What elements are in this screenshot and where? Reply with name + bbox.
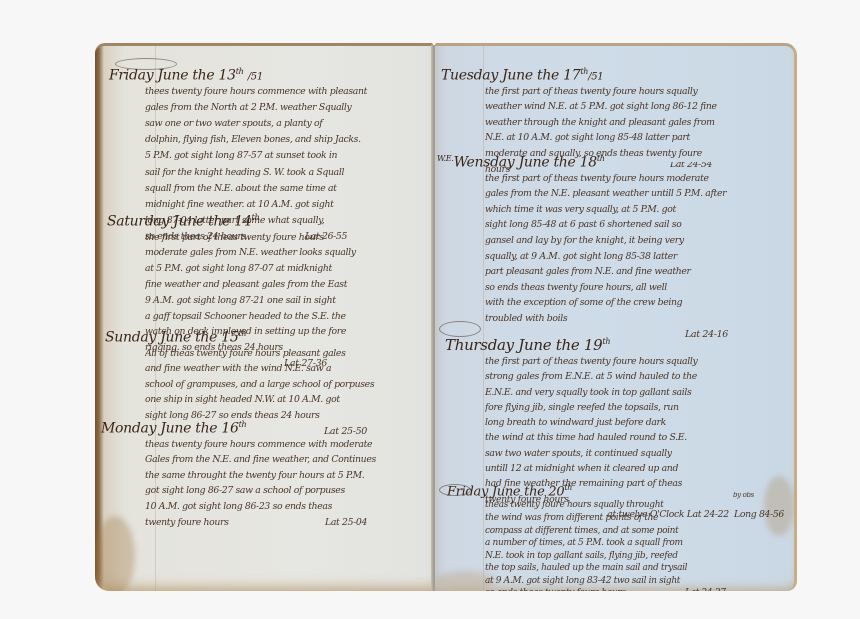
date-suffix: th (602, 337, 610, 346)
entry-date: June the 15 (160, 330, 238, 346)
entry-line: with the exception of some of the crew b… (485, 295, 788, 311)
entry-body: theas twenty foure hours commence with m… (145, 437, 427, 531)
entry-line: gales from the North at 2 P.M. weather S… (145, 100, 427, 116)
date-suffix: th (564, 483, 572, 492)
entry-line: part pleasant gales from N.E. and fine w… (485, 264, 788, 280)
entry-body: the first part of theas twenty foure hou… (485, 171, 788, 343)
entry-heading: Sunday June the 15th (95, 329, 433, 346)
log-entry-friday-20: Friday June the 20th theas twenty foure … (435, 483, 794, 591)
open-logbook: Friday June the 13th /51 thees twenty fo… (95, 43, 800, 593)
entry-day: Thursday (445, 336, 514, 354)
entry-date: June the 14 (173, 214, 251, 230)
entry-heading: Saturday June the 14th (95, 213, 433, 230)
entry-heading: W.E.Wensday June the 18th (435, 154, 794, 171)
entry-line: saw two water spouts, it continued squal… (485, 446, 788, 461)
entry-line: school of grampuses, and a large school … (145, 377, 427, 393)
entry-date: June the 18 (519, 155, 597, 171)
entry-line: the first part of theas twenty foure hou… (485, 84, 788, 100)
entry-line: saw one or two water spouts, a planty of (145, 116, 427, 132)
entry-line: long breath to windward just before dark (485, 415, 788, 430)
entry-line: fine weather and pleasant gales from the… (145, 277, 427, 293)
entry-day: Friday (109, 68, 153, 84)
entry-day: Wensday (454, 155, 515, 171)
entry-line: the wind at this time had hauled round t… (485, 430, 788, 445)
entry-line: gansel and lay by for the knight, it bei… (485, 233, 788, 249)
date-suffix: th (597, 154, 605, 163)
entry-line: squall from the N.E. about the same time… (145, 181, 427, 197)
entry-line: E.N.E. and very squally took in top gall… (485, 385, 788, 400)
entry-day: Friday (447, 484, 488, 499)
latitude-note: Lat 24-27 (685, 587, 726, 591)
entry-line: untill 12 at midnight when it cleared up… (485, 461, 788, 476)
entry-heading: Tuesday June the 17th/51 (435, 67, 794, 84)
entry-line: the first part of theas twenty foure hou… (485, 171, 788, 187)
entry-line: theas twenty foure hours squally through… (485, 499, 788, 512)
date-suffix: th (238, 329, 246, 338)
log-entry-wednesday-18: W.E.Wensday June the 18th the first part… (435, 154, 794, 342)
entry-day: Sunday (105, 330, 156, 346)
entry-line: gales from the N.E. pleasant weather unt… (485, 186, 788, 202)
entry-line-last: so ends theas twenty foure hoursLat 24-2… (485, 587, 788, 591)
entry-line: weather through the knight and pleasant … (485, 115, 788, 131)
entry-line: midnight fine weather. at 10 A.M. got si… (145, 197, 427, 213)
entry-line: one ship in sight headed N.W. at 10 A.M.… (145, 392, 427, 408)
entry-line: the first part of theas twenty foure hou… (485, 354, 788, 369)
date-suffix: th (236, 67, 244, 76)
entry-date: June the 13 (157, 68, 235, 84)
entry-line: Gales from the N.E. and fine weather, an… (145, 452, 427, 468)
entry-line: sight long 85-48 at 6 past 6 shortened s… (485, 217, 788, 233)
entry-body: theas twenty foure hours squally through… (485, 499, 788, 591)
entry-line: N.E. at 10 A.M. got sight long 85-48 lat… (485, 130, 788, 146)
date-suffix: th (239, 420, 247, 429)
date-suffix: th (252, 213, 260, 222)
entry-heading: Thursday June the 19th (435, 336, 794, 354)
entry-heading: Friday June the 13th /51 (95, 67, 433, 84)
left-page: Friday June the 13th /51 thees twenty fo… (95, 43, 433, 591)
heading-flourish (439, 321, 481, 337)
entry-line: 10 A.M. got sight long 86-23 so ends the… (145, 499, 427, 515)
entry-line: troubled with boils (485, 311, 788, 327)
entry-line: the wind was from different points of th… (485, 512, 788, 525)
entry-line: theas twenty foure hours commence with m… (145, 437, 427, 453)
entry-line: squally, at 9 A.M. got sight long 85-38 … (485, 249, 788, 265)
entry-heading: Monday June the 16th (95, 420, 433, 437)
date-suffix: th (580, 67, 588, 76)
latitude-note: Lat 25-04 (325, 515, 367, 531)
entry-day: Monday (101, 421, 156, 437)
entry-day: Saturday (107, 214, 169, 230)
entry-line: thees twenty foure hours commence with p… (145, 84, 427, 100)
entry-line: so ends theas twenty foure hours, all we… (485, 280, 788, 296)
entry-line: dolphin, flying fish, Eleven bones, and … (145, 132, 427, 148)
entry-date: June the 20 (492, 484, 564, 499)
entry-line-last: twenty foure hoursLat 25-04 (145, 515, 427, 531)
entry-line: at 5 P.M. got sight long 87-07 at midkni… (145, 261, 427, 277)
margin-note: W.E. (437, 154, 454, 163)
entry-line: compass at different times, and at some … (485, 525, 788, 538)
entry-line: got sight long 86-27 saw a school of por… (145, 483, 427, 499)
entry-line: strong gales from E.N.E. at 5 wind haule… (485, 369, 788, 384)
entry-line: moderate gales from N.E. weather looks s… (145, 245, 427, 261)
entry-line: weather wind N.E. at 5 P.M. got sight lo… (485, 99, 788, 115)
entry-line: the top sails, hauled up the main sail a… (485, 562, 788, 575)
entry-line: which time it was very squally, at 5 P.M… (485, 202, 788, 218)
year-mark: /51 (248, 72, 263, 83)
right-page: Tuesday June the 17th/51 the first part … (435, 43, 797, 591)
entry-line: the same throught the twenty four hours … (145, 468, 427, 484)
entry-line: All of theas twenty foure hours pleasant… (145, 346, 427, 362)
year-mark: /51 (588, 72, 603, 83)
entry-line: at 9 A.M. got sight long 83-42 two sail … (485, 575, 788, 588)
entry-day: Tuesday (441, 68, 498, 84)
entry-line: and fine weather with the wind N.E. saw … (145, 361, 427, 377)
entry-line: a number of times, at 5 P.M. took a squa… (485, 537, 788, 550)
entry-date: June the 17 (502, 68, 580, 84)
entry-line: the first part of theas twenty foure hou… (145, 230, 427, 246)
entry-line: N.E. took in top gallant sails, flying j… (485, 550, 788, 563)
entry-date: June the 19 (518, 336, 602, 354)
entry-date: June the 16 (160, 421, 238, 437)
log-entry-monday-16: Monday June the 16th theas twenty foure … (95, 420, 433, 530)
entry-line: a gaff topsail Schooner headed to the S.… (145, 309, 427, 325)
entry-line: 9 A.M. got sight long 87-21 one sail in … (145, 293, 427, 309)
entry-line: fore flying jib, single reefed the topsa… (485, 400, 788, 415)
entry-line: sail for the knight heading S. W. took a… (145, 165, 427, 181)
entry-heading: Friday June the 20th (435, 483, 794, 499)
entry-line: 5 P.M. got sight long 87-57 at sunset to… (145, 148, 427, 164)
